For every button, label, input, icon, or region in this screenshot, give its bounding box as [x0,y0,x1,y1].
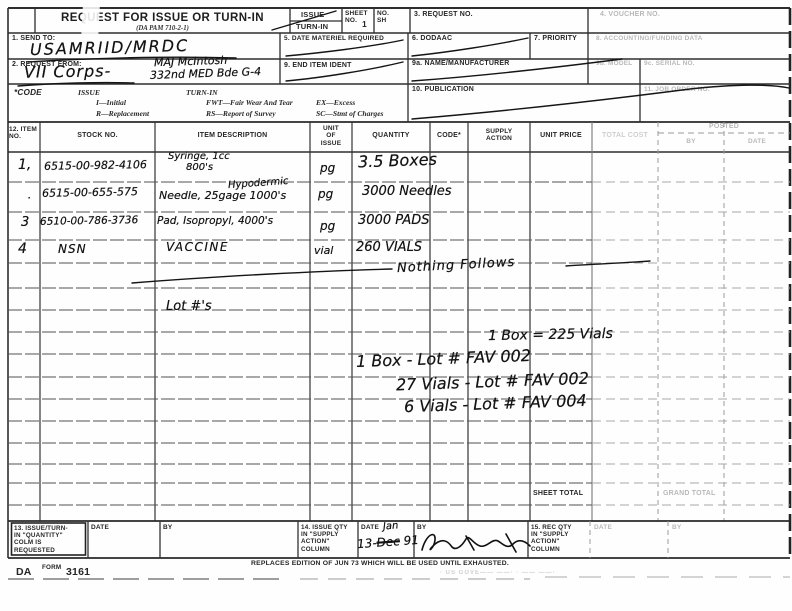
box15-date-label: DATE [594,524,612,531]
row1-quantity: 3.5 Boxes [358,152,437,171]
box13-label: 13. ISSUE/TURN- IN "QUANTITY" COLM IS RE… [14,525,84,554]
dodaac-label: 6. DODAAC [412,35,452,43]
box14-label: 14. ISSUE QTY IN "SUPPLY ACTION" COLUMN [301,524,356,553]
col-unit-of-issue: UNIT OF ISSUE [310,125,352,147]
row1-stock-no: 6515-00-982-4106 [44,159,147,172]
col-unit-price: UNIT PRICE [530,132,592,140]
form-id-word: FORM [42,564,61,571]
box15-label: 15. REC QTY IN "SUPPLY ACTION" COLUMN [531,524,587,553]
box14-by-label: BY [417,524,426,531]
date-month-struck: Dec [376,534,400,550]
issue-codes: I—Initial R—Replacement [96,97,149,120]
scan-crease [81,6,100,39]
col-quantity: QUANTITY [352,132,430,140]
form-subtitle: (DA PAM 710-2-1) [35,25,290,32]
lot-numbers-note: Lot #'s [166,300,212,313]
row1-item-no: 1, [18,158,31,172]
row1-description: Syringe, 1cc [168,152,230,162]
row2-stock-no: 6515-00-655-575 [42,186,138,199]
name-manufacturer-label: 9a. NAME/MANUFACTURER [412,60,510,68]
col-code: CODE* [430,132,468,140]
turnin-checkbox-label: TURN-IN [296,23,328,32]
col-description: ITEM DESCRIPTION [155,132,310,140]
row2-quantity: 3000 Needles [362,185,452,198]
row3-unit: pg [320,220,335,232]
row2-item-no: · [27,192,31,204]
no-sheets-label: NO. SH [377,10,389,25]
row1-description2: 800's [186,163,213,173]
date-materiel-label: 5. DATE MATERIEL REQUIRED [284,35,384,42]
date-correction: Jan [383,521,399,532]
request-no-label: 3. REQUEST NO. [414,11,473,19]
col-posted-date: DATE [724,138,790,145]
serial-no-label: 9c. SERIAL NO. [644,60,695,67]
publication-label: 10. PUBLICATION [412,86,474,94]
box13-by-label: BY [163,524,172,531]
gov-print-line: · US GOVE—— ——· · —— ——· [440,570,556,577]
date-year: 91 [399,533,419,548]
other-codes: EX—Excess SC—Stmt of Charges [316,97,384,120]
code-label: *CODE [14,88,42,97]
accounting-label: 8. ACCOUNTING/FUNDING DATA [596,35,786,42]
col-supply-action: SUPPLY ACTION [468,128,530,143]
col-stock-no: STOCK NO. [40,132,155,140]
row4-unit: vial [314,245,333,256]
grand-total-label: GRAND TOTAL [663,490,716,498]
sheet-no-value: 1 [362,20,367,30]
da-form-3161-scan: REQUEST FOR ISSUE OR TURN-IN (DA PAM 710… [0,0,792,611]
row4-description: VACCINE [166,241,229,253]
form-id-da: DA [16,566,32,578]
row3-stock-no: 6510-00-786-3736 [40,215,138,227]
end-item-label: 9. END ITEM IDENT [284,62,352,70]
row3-quantity: 3000 PADS [358,214,430,227]
row4-item-no: 4 [18,242,27,256]
box13-date-label: DATE [91,524,109,531]
col-posted: POSTED [658,123,790,131]
box14-date-label: DATE [361,524,379,531]
issue-checkbox-label: ISSUE [301,11,325,20]
box-vials-note: 1 Box = 225 Vials [488,327,613,343]
replaces-edition-note: REPLACES EDITION OF JUN 73 WHICH WILL BE… [225,560,535,568]
row3-item-no: 3 [21,216,29,229]
sheet-total-label: SHEET TOTAL [533,490,583,498]
row1-unit: pg [320,162,335,174]
form-id-number: 3161 [66,566,90,578]
col-item-no: 12. ITEM NO. [9,126,39,141]
turnin-codes: FWT—Fair Wear And Tear RS—Report of Surv… [206,97,293,120]
voucher-no-label: 4. VOUCHER NO. [600,11,660,19]
row4-stock-no: NSN [58,243,87,255]
request-from-value: VII Corps- [24,63,112,81]
form-title: REQUEST FOR ISSUE OR TURN-IN [35,12,290,24]
col-total-cost: TOTAL COST [592,132,658,140]
row4-quantity: 260 VIALS [356,241,422,254]
model-label: 9b. MODEL [596,60,632,67]
box15-by-label: BY [672,524,681,531]
row2-unit: pg [318,188,333,200]
col-posted-by: BY [658,138,724,145]
signature-scrawl [422,534,530,552]
row2-description: Needle, 25gage 1000's [159,190,286,201]
date-day: 13- [357,536,378,551]
job-order-label: 11. JOB ORDER NO. [644,86,710,93]
row3-description: Pad, Isopropyl, 4000's [157,216,273,227]
priority-label: 7. PRIORITY [534,35,577,43]
